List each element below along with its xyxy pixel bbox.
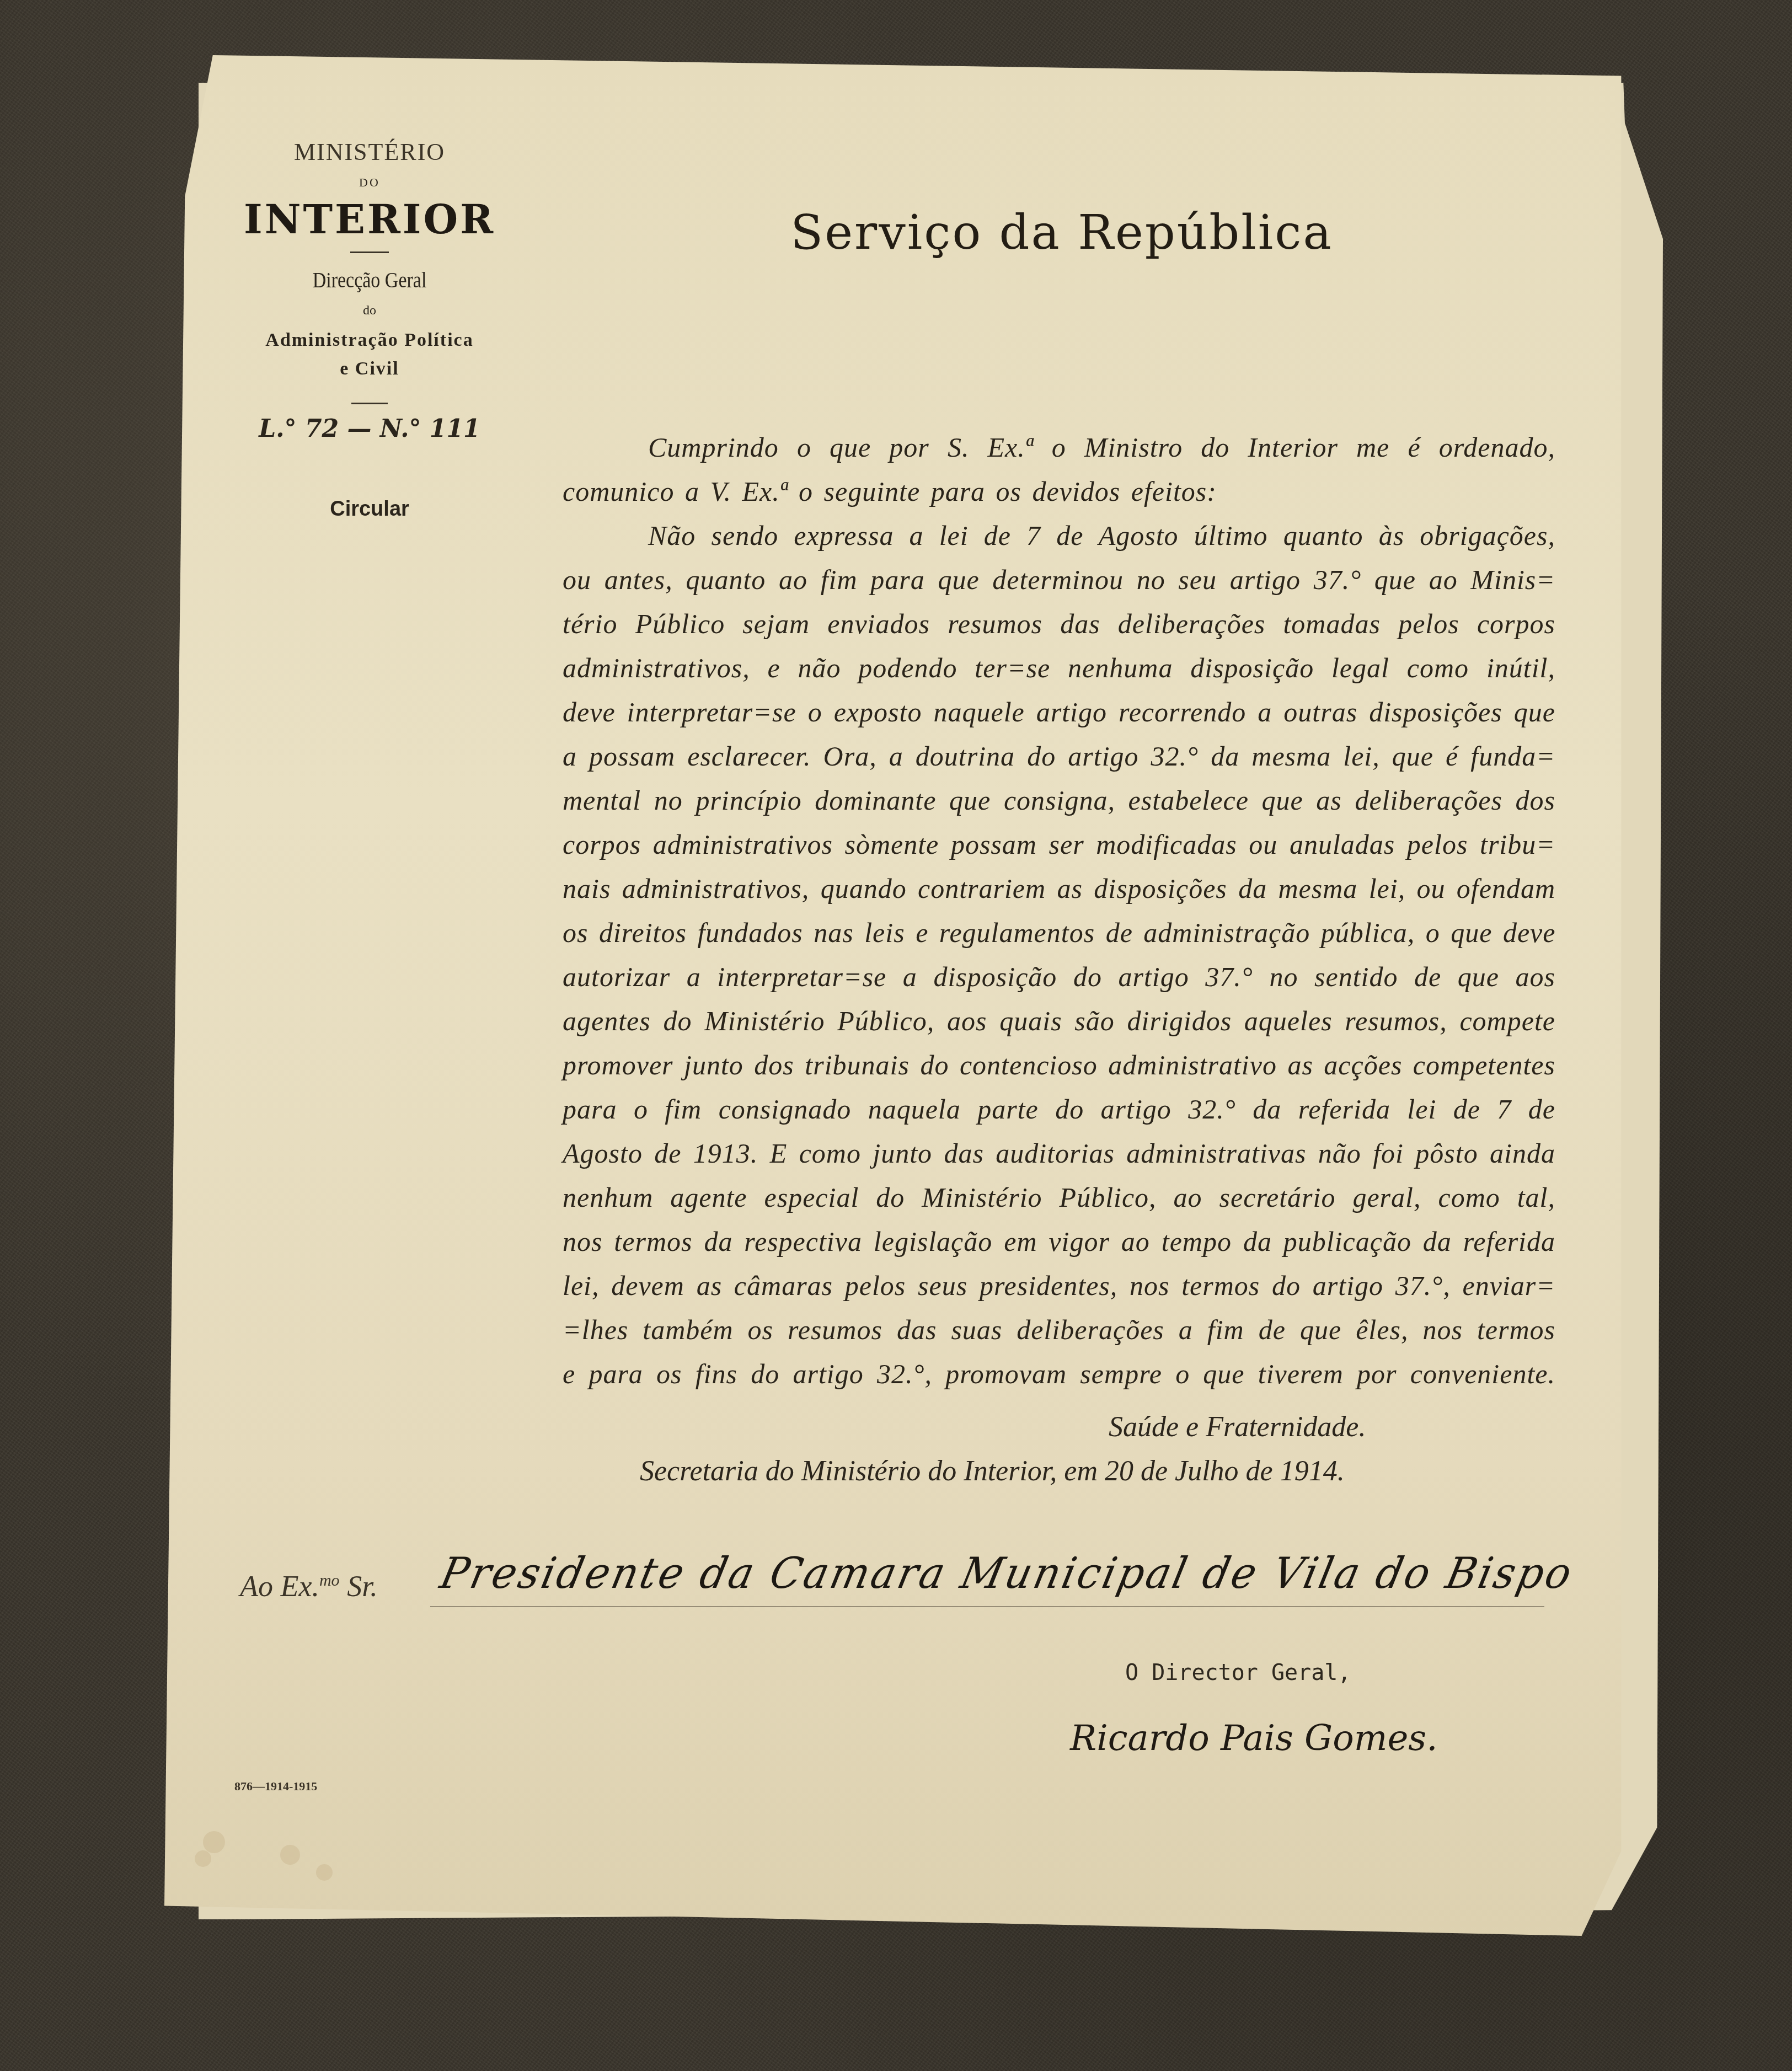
body-line: a possam esclarecer. Ora, a doutrina do … xyxy=(563,740,1555,784)
department-line-3: Administração Política xyxy=(265,330,473,351)
addressee-handwritten: Presidente da Camara Municipal de Vila d… xyxy=(436,1549,1577,1598)
ministry-line-1: MINISTÉRIO xyxy=(294,138,445,166)
signatory-name: Ricardo Pais Gomes. xyxy=(1070,1718,1438,1759)
paper-stain xyxy=(316,1864,333,1881)
body-line: comunico a V. Ex.ª o seguinte para os de… xyxy=(563,475,1555,520)
department-line-4: e Civil xyxy=(340,358,399,379)
body-line: Cumprindo o que por S. Ex.ª o Ministro d… xyxy=(648,431,1555,475)
letterhead-divider xyxy=(351,403,388,404)
document-title: Serviço da República xyxy=(790,205,1333,260)
letterhead-divider xyxy=(350,251,389,253)
body-line: deve interpretar=se o exposto naquele ar… xyxy=(563,696,1555,740)
print-code: 876—1914-1915 xyxy=(234,1779,317,1794)
body-line: nais administrativos, quando contrariem … xyxy=(563,873,1555,917)
paper-stain xyxy=(280,1845,300,1865)
body-line: Agosto de 1913. E como junto das auditor… xyxy=(563,1137,1555,1181)
body-line: para o fim consignado naquela parte do a… xyxy=(563,1093,1555,1137)
body-line: os direitos fundados nas leis e regulame… xyxy=(563,917,1555,961)
body-line: nenhum agente especial do Ministério Púb… xyxy=(563,1181,1555,1226)
addressee-fill-line xyxy=(430,1606,1544,1607)
body-line: autorizar a interpretar=se a disposição … xyxy=(563,961,1555,1005)
body-line: Não sendo expressa a lei de 7 de Agosto … xyxy=(648,520,1555,564)
body-line: ou antes, quanto ao fim para que determi… xyxy=(563,564,1555,608)
reference-number: L.° 72 — N.° 111 xyxy=(259,415,480,443)
paper-stain xyxy=(203,1831,225,1853)
body-line: e para os fins do artigo 32.°, promovam … xyxy=(563,1358,1555,1402)
body-line: mental no princípio dominante que consig… xyxy=(563,784,1555,828)
body-line: nos termos da respectiva legislação em v… xyxy=(563,1226,1555,1270)
document-type: Circular xyxy=(330,497,409,521)
ministry-line-2: DO xyxy=(359,175,380,190)
ministry-line-3: INTERIOR xyxy=(244,196,495,243)
addressee-prefix: Ao Ex.mo Sr. xyxy=(240,1569,378,1603)
body-line: tério Público sejam enviados resumos das… xyxy=(563,608,1555,652)
body-line: agentes do Ministério Público, aos quais… xyxy=(563,1005,1555,1049)
body-line: lei, devem as câmaras pelos seus preside… xyxy=(563,1270,1555,1314)
body-line: administrativos, e não podendo ter=se ne… xyxy=(563,652,1555,696)
body-line: =lhes também os resumos das suas deliber… xyxy=(563,1314,1555,1358)
department-line-1: Direcção Geral xyxy=(313,267,427,293)
department-line-2: do xyxy=(363,303,376,318)
paper-stain xyxy=(195,1850,211,1867)
body-line: corpos administrativos sòmente possam se… xyxy=(563,828,1555,873)
signatory-title: O Director Geral, xyxy=(1125,1660,1351,1685)
closing-salutation: Saúde e Fraternidade. xyxy=(1109,1411,1366,1443)
body-line: promover junto dos tribunais do contenci… xyxy=(563,1049,1555,1093)
place-and-date: Secretaria do Ministério do Interior, em… xyxy=(640,1455,1345,1487)
